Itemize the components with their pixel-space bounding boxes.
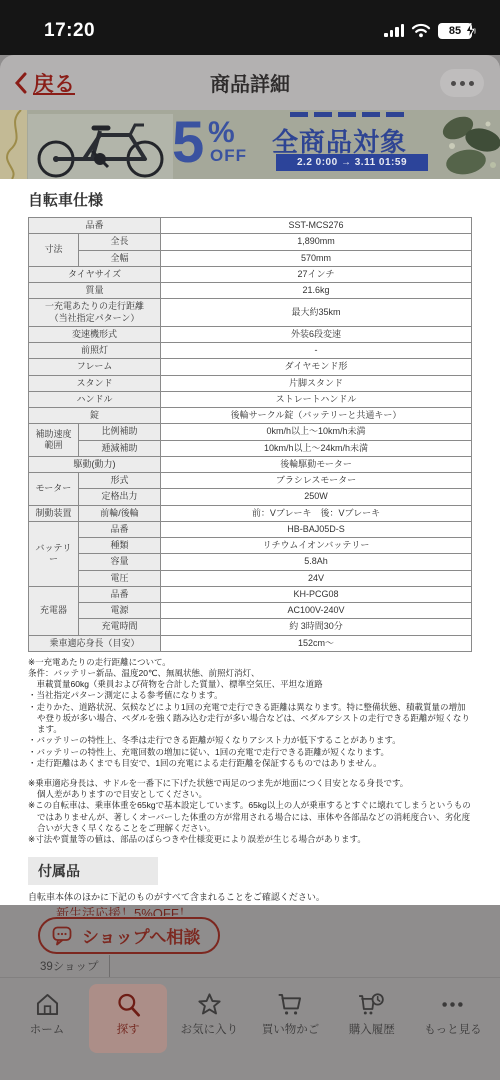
sale-banner[interactable]: 5 % OFF 全商品対象 2.2 0:00 → 3.11 01:59 <box>0 110 500 179</box>
table-row: 一充電あたりの走行距離 （当社指定パターン）最大約35km <box>29 299 472 327</box>
spec-title: 自転車仕様 <box>28 189 472 210</box>
home-icon <box>34 991 61 1018</box>
star-icon <box>196 991 223 1018</box>
chevron-left-icon <box>14 72 27 94</box>
table-row: フレームダイヤモンド形 <box>29 359 472 375</box>
nav-label: もっと見る <box>424 1021 482 1037</box>
search-icon <box>115 991 142 1018</box>
note-line: ・バッテリーの特性上、冬季は走行できる距離が短くなりアシスト力が低下することがあ… <box>28 735 472 746</box>
nav-item-more[interactable]: もっと見る <box>414 984 492 1053</box>
nav-label: ホーム <box>30 1021 65 1037</box>
charging-bolt-icon <box>465 23 475 38</box>
note-line: 車載質量60kg（乗員および荷物を合計した質量）、標準空気圧、平坦な道路 <box>28 679 472 690</box>
table-row: 充電器品番KH-PCG08 <box>29 586 472 602</box>
banner-plants-image <box>438 110 500 179</box>
note-line: ・走りかた、道路状況、気候などにより1回の充電で走行できる距離は異なります。特に… <box>28 702 472 736</box>
header: 商品詳細 戻る <box>0 55 500 110</box>
status-time: 17:20 <box>44 20 95 42</box>
banner-left-strip <box>0 110 27 179</box>
table-row: 種類リチウムイオンバッテリー <box>29 538 472 554</box>
banner-period-badge: 2.2 0:00 → 3.11 01:59 <box>276 154 428 171</box>
spec-table: 品番SST-MCS276 寸法全長1,890mm 全幅570mm タイヤサイズ2… <box>28 217 472 652</box>
nav-item-cart[interactable]: 買い物かご <box>252 984 330 1053</box>
note-line: 条件：バッテリー新品、温度20℃、無風状態、前照灯消灯、 <box>28 668 472 679</box>
nav-item-favorites[interactable]: お気に入り <box>170 984 248 1053</box>
back-label: 戻る <box>33 68 75 98</box>
distance-notes: ※一充電あたりの走行距離について。 条件：バッテリー新品、温度20℃、無風状態、… <box>28 657 472 846</box>
table-row: 品番SST-MCS276 <box>29 218 472 234</box>
wifi-icon <box>411 23 431 38</box>
table-row: ハンドルストレートハンドル <box>29 391 472 407</box>
back-button[interactable]: 戻る <box>14 68 75 98</box>
nav-label: お気に入り <box>181 1021 239 1037</box>
note-line: ・走行距離はあくまでも目安で、1回の充電による走行距離を保証するものではありませ… <box>28 758 472 769</box>
table-row: 補助速度範囲比例補助0km/h以上～10km/h未満 <box>29 424 472 440</box>
note-line: ・バッテリーの特性上、充電回数の増加に従い、1回の充電で走行できる距離が短くなり… <box>28 747 472 758</box>
note-line: ※この自転車は、乗車体重を65kgで基本設定しています。65kg以上の人が乗車す… <box>28 800 472 834</box>
table-row: 質量21.6kg <box>29 283 472 299</box>
history-icon <box>358 991 385 1018</box>
banner-clipped-text <box>290 112 404 117</box>
table-row: 変速機形式外装6段変速 <box>29 326 472 342</box>
page-title: 商品詳細 <box>0 68 500 97</box>
nav-label: 買い物かご <box>262 1021 320 1037</box>
table-row: 充電時間約 3時間30分 <box>29 619 472 635</box>
table-row: バッテリー品番HB-BAJ05D-S <box>29 521 472 537</box>
banner-discount-digit: 5 <box>172 112 204 174</box>
table-row: 電源AC100V-240V <box>29 603 472 619</box>
cart-icon <box>277 991 304 1018</box>
shop-tag: 39ショップ <box>38 955 110 977</box>
nav-item-home[interactable]: ホーム <box>8 984 86 1053</box>
table-row: 定格出力250W <box>29 489 472 505</box>
chat-bubble-icon <box>52 926 74 946</box>
footer-area: 新生活応援！5%OFF！ ショップへ相談 39ショップ ホーム <box>0 905 500 1080</box>
table-row: スタンド片脚スタンド <box>29 375 472 391</box>
table-row: 駆動(動力)後輪駆動モーター <box>29 456 472 472</box>
table-row: 全幅570mm <box>29 250 472 266</box>
note-line: ※乗車適応身長は、サドルを一番下に下げた状態で両足のつま先が地面につく目安となる… <box>28 778 472 800</box>
accessories-title: 付属品 <box>28 857 158 885</box>
table-row: 寸法全長1,890mm <box>29 234 472 250</box>
product-spec-section: 自転車仕様 品番SST-MCS276 寸法全長1,890mm 全幅570mm タ… <box>0 179 500 905</box>
bicycle-image <box>32 117 172 179</box>
table-row: 逓減補助10km/h以上～24km/h未満 <box>29 440 472 456</box>
battery-percent: 85 <box>449 25 461 37</box>
more-icon <box>439 991 466 1018</box>
banner-off-label: OFF <box>210 146 247 166</box>
ellipsis-icon <box>451 81 456 86</box>
consult-shop-button[interactable]: ショップへ相談 <box>38 917 220 954</box>
table-row: 前照灯- <box>29 343 472 359</box>
nav-label: 購入履歴 <box>349 1021 395 1037</box>
table-row: 電圧24V <box>29 570 472 586</box>
table-row: 制動装置前輪/後輪前：Vブレーキ 後：Vブレーキ <box>29 505 472 521</box>
note-line: ※一充電あたりの走行距離について。 <box>28 657 472 668</box>
phone-screen: 17:20 85 商品詳細 <box>0 0 500 1080</box>
table-row: モーター形式ブラシレスモーター <box>29 473 472 489</box>
accessories-description: 自転車本体のほかに下記のものがすべて含まれることをご確認ください。 <box>28 890 472 903</box>
bottom-nav: ホーム 探す お気に入り 買い物かご <box>0 978 500 1053</box>
more-options-button[interactable] <box>440 69 484 97</box>
table-row: 錠後輪サークル錠（バッテリーと共通キー） <box>29 408 472 424</box>
table-row: 容量5.8Ah <box>29 554 472 570</box>
cellular-signal-icon <box>384 24 404 37</box>
banner-percent-sign: % <box>208 116 235 150</box>
nav-label: 探す <box>117 1021 140 1037</box>
note-line: ・当社指定パターン測定による参考値になります。 <box>28 690 472 701</box>
note-line: ※寸法や質量等の値は、部品のばらつきや仕様変更により誤差が生じる場合があります。 <box>28 834 472 845</box>
campaign-link[interactable]: 新生活応援！5%OFF！ <box>56 905 192 916</box>
nav-item-search[interactable]: 探す <box>89 984 167 1053</box>
table-row: タイヤサイズ27インチ <box>29 266 472 282</box>
accessories-section: 付属品 自転車本体のほかに下記のものがすべて含まれることをご確認ください。 ・バ… <box>28 857 472 905</box>
battery-icon: 85 <box>438 23 472 39</box>
table-row: 乗車適応身長（目安）152cm～ <box>29 635 472 651</box>
nav-item-history[interactable]: 購入履歴 <box>333 984 411 1053</box>
consult-label: ショップへ相談 <box>82 923 200 948</box>
status-bar: 17:20 85 <box>0 0 500 55</box>
